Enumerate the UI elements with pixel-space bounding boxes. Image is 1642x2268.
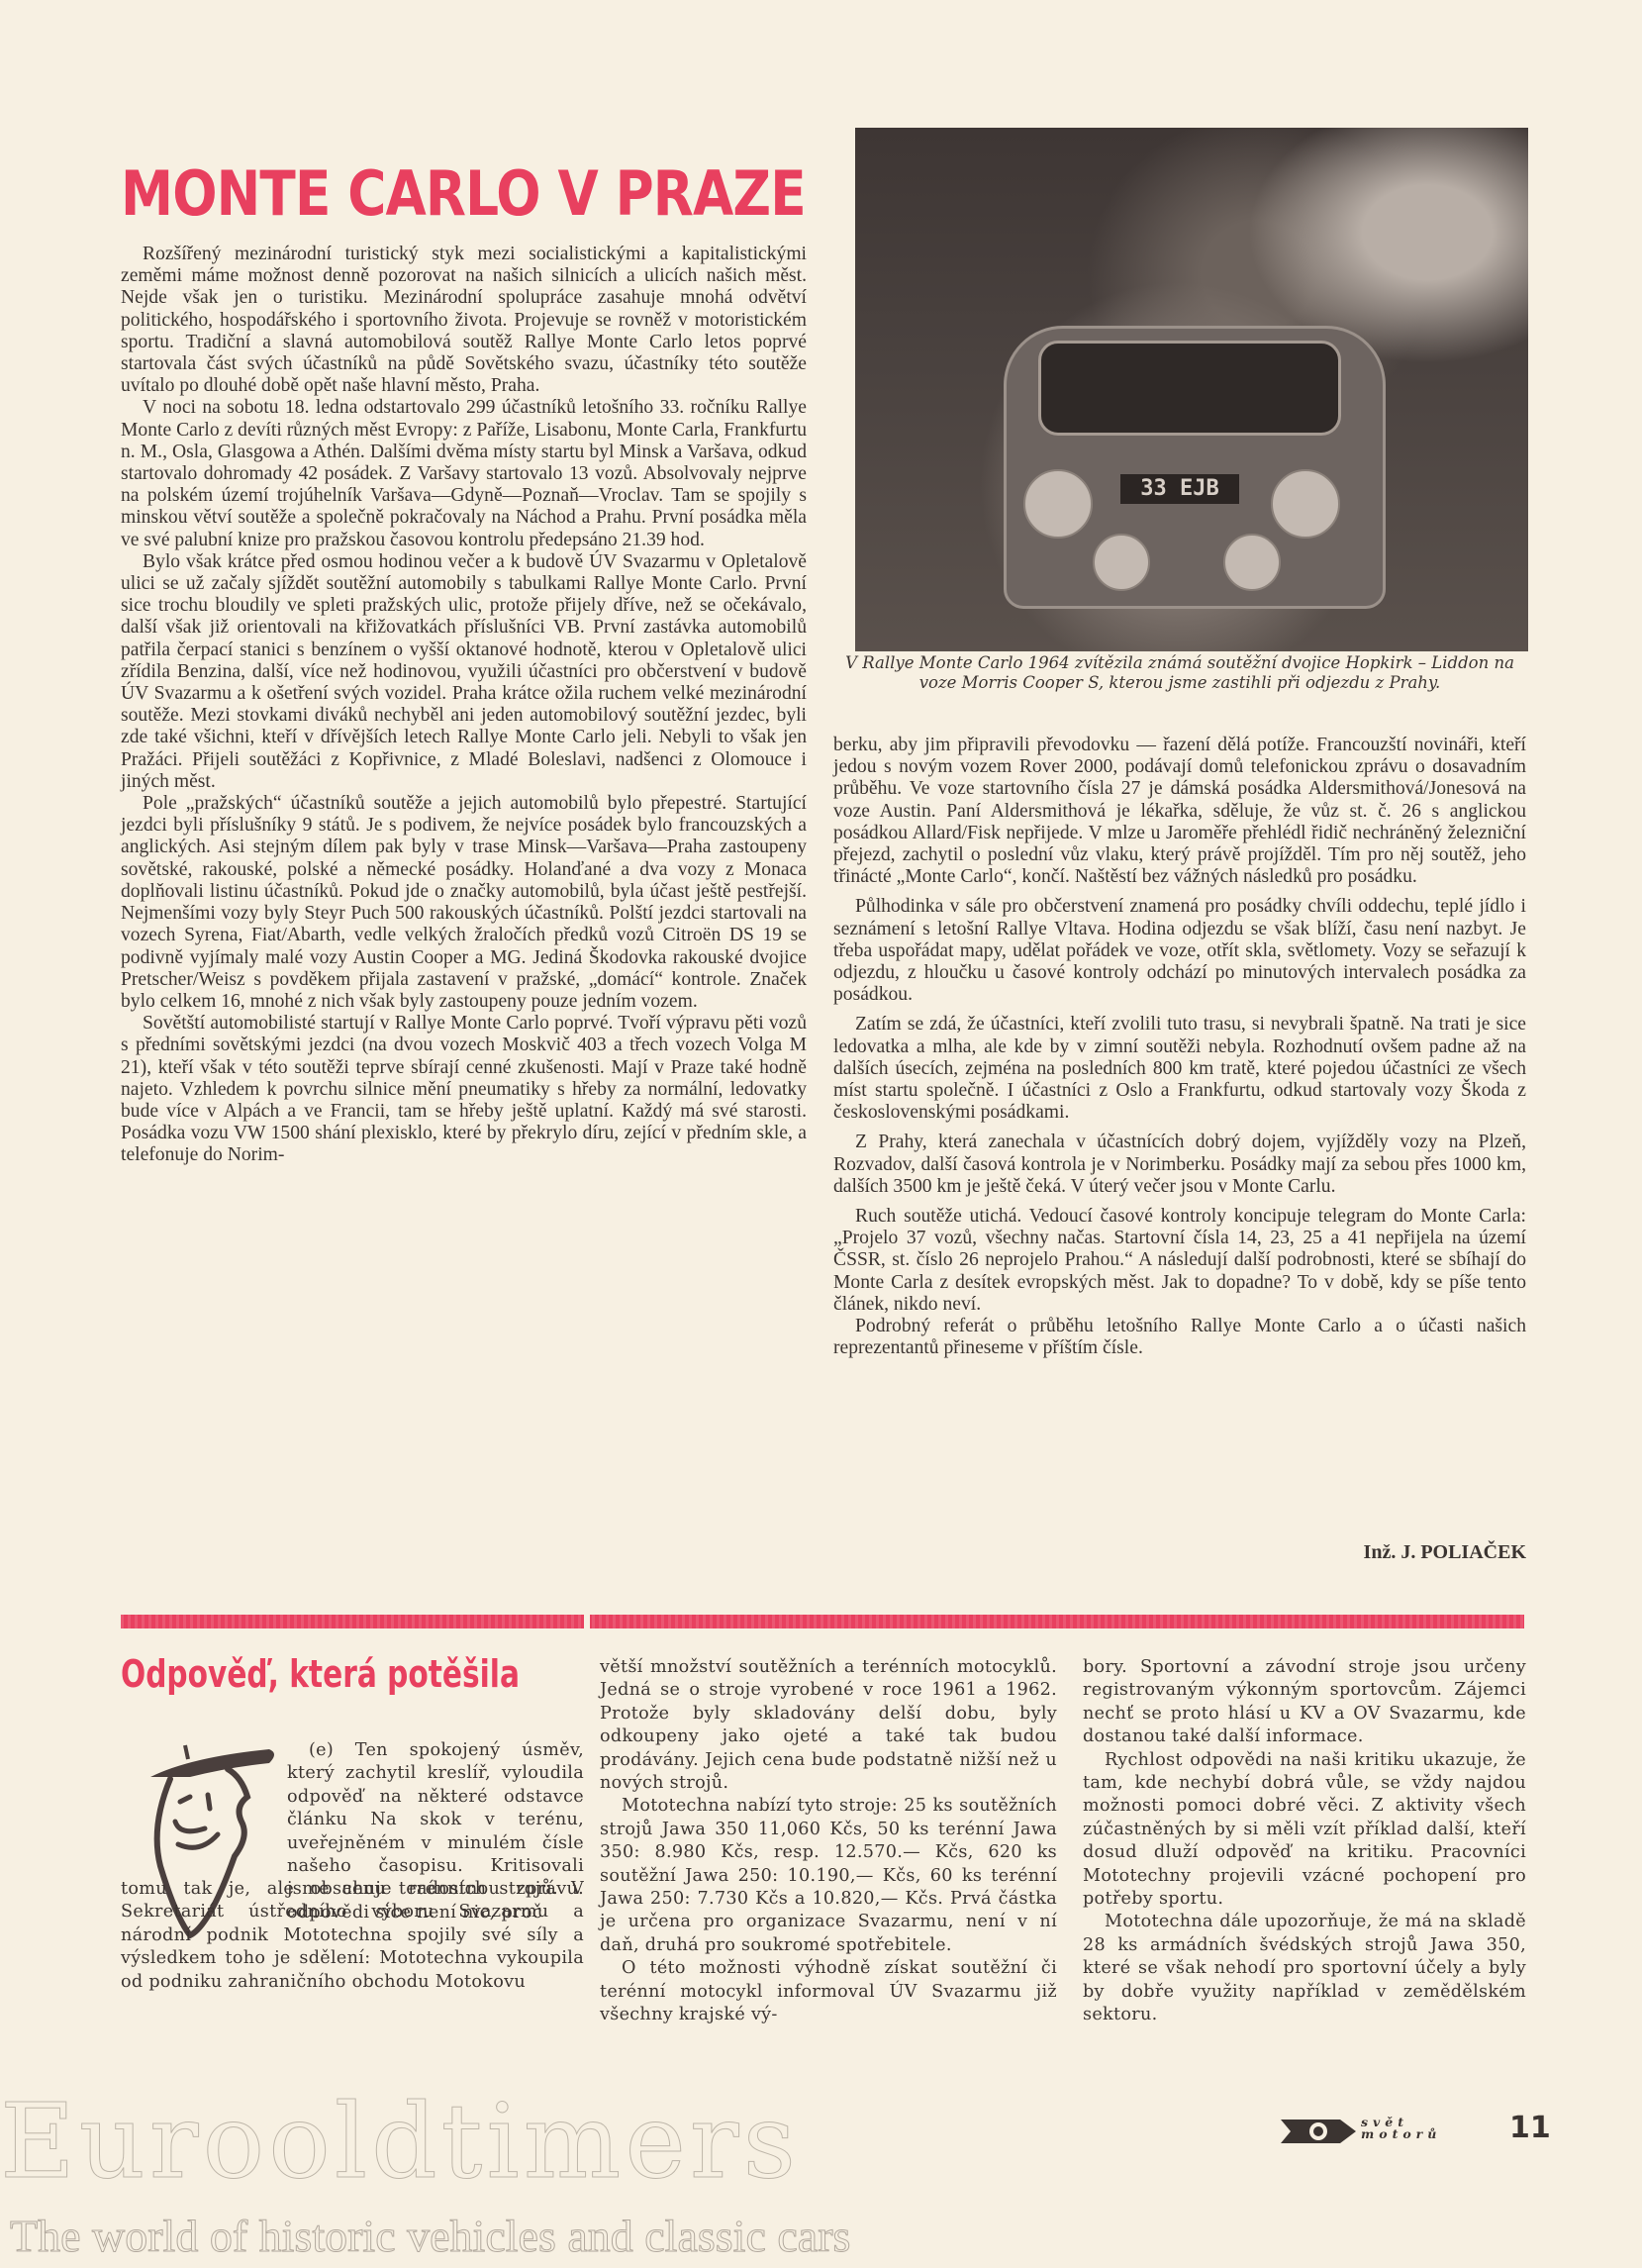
paragraph: Sovětští automobilisté startují v Rallye… <box>121 1013 807 1166</box>
paragraph: Rychlost odpovědi na naši kritiku ukazuj… <box>1083 1749 1526 1912</box>
paragraph: Mototechna dále upozorňuje, že má na skl… <box>1083 1911 1526 2026</box>
divider-gap <box>584 1613 590 1630</box>
paragraph: Z Prahy, která zanechala v účastnících d… <box>833 1132 1526 1198</box>
license-plate: 33 EJB <box>1120 474 1239 504</box>
photo-caption: V Rallye Monte Carlo 1964 zvítězila znám… <box>833 653 1526 693</box>
page-number: 11 <box>1509 2111 1551 2145</box>
spotlamp-icon <box>1223 534 1281 591</box>
paragraph: berku, aby jim připravili převodovku — ř… <box>833 735 1526 888</box>
paragraph: Pole „pražských“ účastníků soutěže a jej… <box>121 793 807 1013</box>
paragraph: O této možnosti výhodně získat soutěžní … <box>600 1957 1057 2026</box>
article-right-column: berku, aby jim připravili převodovku — ř… <box>833 735 1526 1359</box>
headlamp-icon <box>1271 469 1340 539</box>
paragraph: tomu tak je, ale obsahuje radostnou zprá… <box>121 1878 584 1994</box>
paragraph: V noci na sobotu 18. ledna odstartovalo … <box>121 397 807 550</box>
paragraph: Ruch soutěže utichá. Vedoucí časové kont… <box>833 1206 1526 1316</box>
rally-car-photo: 33 EJB <box>855 128 1528 651</box>
paragraph: Rozšířený mezinárodní turistický styk me… <box>121 244 807 397</box>
article-title: MONTE CARLO V PRAZE <box>121 158 717 230</box>
paragraph: Půlhodinka v sále pro občerstvení znamen… <box>833 896 1526 1006</box>
paragraph: Mototechna nabízí tyto stroje: 25 ks sou… <box>600 1795 1057 1957</box>
car-windscreen <box>1038 341 1341 436</box>
watermark-tagline: The world of historic vehicles and class… <box>10 2210 850 2262</box>
magazine-name: svět motorů <box>1361 2117 1441 2140</box>
paragraph: Zatím se zdá, že účastníci, kteří zvolil… <box>833 1014 1526 1124</box>
article2-col2: větší množství soutěžních a terénních mo… <box>600 1656 1057 2027</box>
article2-col3: bory. Sportovní a závodní stroje jsou ur… <box>1083 1656 1526 2027</box>
paragraph: Bylo však krátce před osmou hodinou veče… <box>121 551 807 793</box>
article-title: Odpověď, která potěšila <box>121 1652 491 1696</box>
article2-col1-continued: tomu tak je, ale obsahuje radostnou zprá… <box>121 1878 584 1994</box>
headlamp-icon <box>1023 469 1093 539</box>
article-left-column: Rozšířený mezinárodní turistický styk me… <box>121 244 807 1167</box>
watermark-brand: Eurooldtimers <box>0 2087 800 2196</box>
magazine-logo-icon <box>1279 2117 1358 2146</box>
paragraph: bory. Sportovní a závodní stroje jsou ur… <box>1083 1656 1526 1749</box>
author-byline: Inž. J. POLIAČEK <box>1188 1541 1526 1564</box>
section-divider <box>121 1615 1524 1628</box>
paragraph: Podrobný referát o průběhu letošního Ral… <box>833 1316 1526 1359</box>
spotlamp-icon <box>1093 534 1150 591</box>
paragraph: větší množství soutěžních a terénních mo… <box>600 1656 1057 1795</box>
magazine-name-line2: motorů <box>1361 2128 1441 2140</box>
